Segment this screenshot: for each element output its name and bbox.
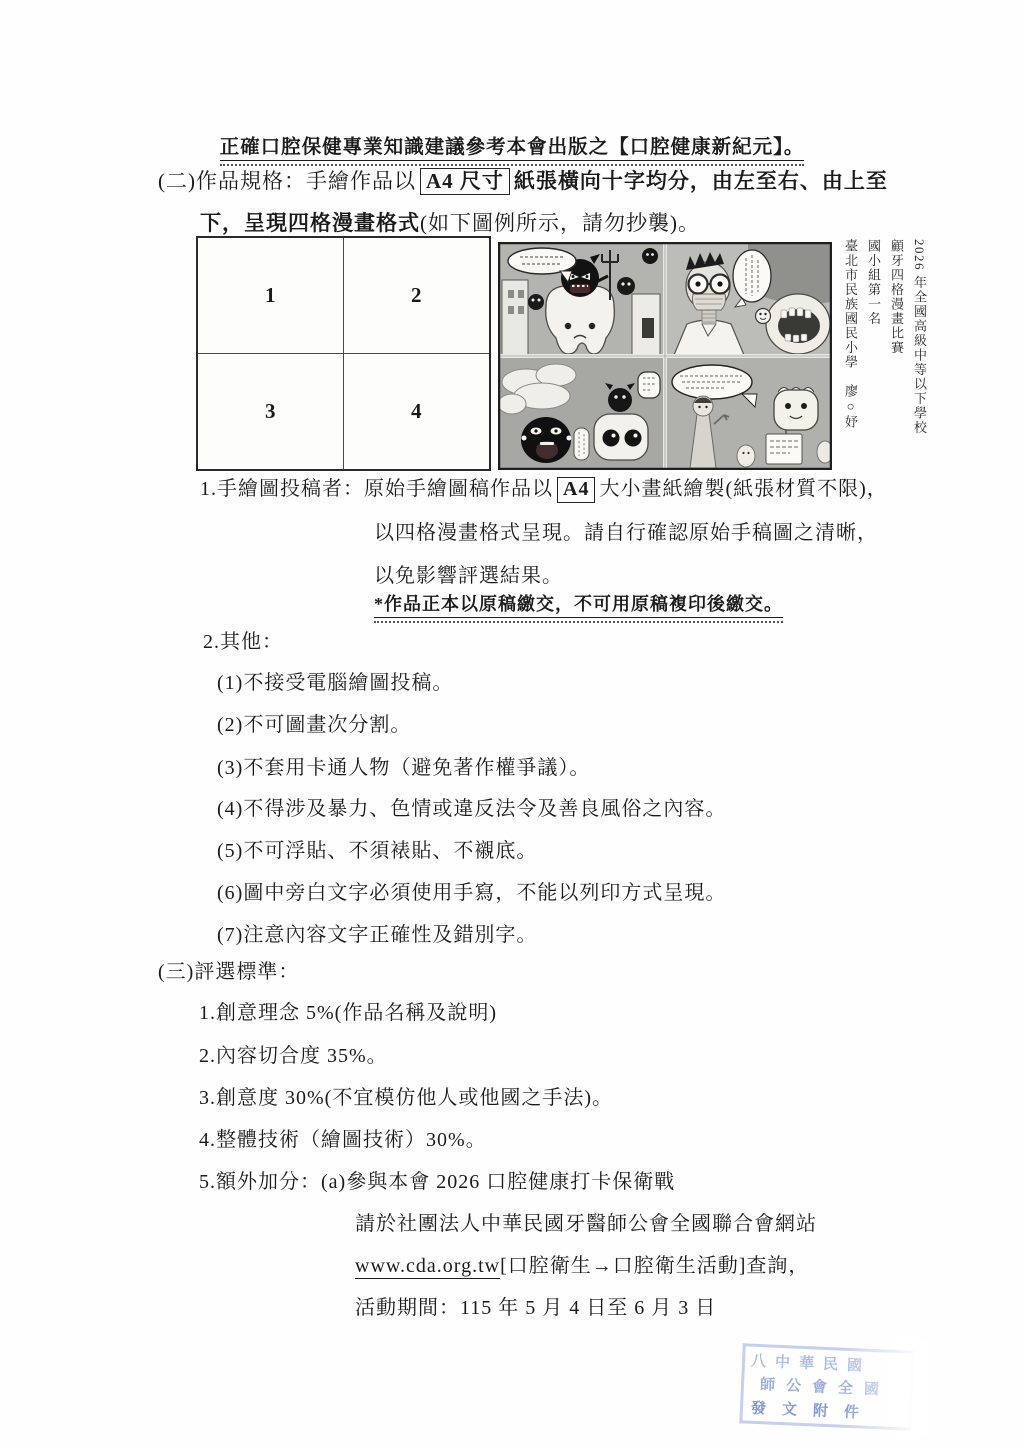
scanned-document-page: 正確口腔保健專業知識建議參考本會出版之【口腔健康新紀元】。 (二)作品規格：手繪… bbox=[0, 0, 1024, 1448]
hand-drawn-line-1: 1.手繪圖投稿者：原始手繪圖稿作品以A4大小畫紙繪製(紙張材質不限)， bbox=[200, 477, 888, 503]
spec-line-1: (二)作品規格：手繪作品以A4 尺寸紙張橫向十字均分，由左至右、由上至 bbox=[158, 168, 888, 195]
grid-cell-3: 3 bbox=[198, 354, 344, 470]
others-heading: 2.其他： bbox=[203, 630, 283, 655]
rule-item-7: (7)注意內容文字正確性及錯別字。 bbox=[217, 923, 537, 948]
rule-item-3: (3)不套用卡通人物（避免著作權爭議）。 bbox=[217, 756, 590, 781]
bonus-period-line: 活動期間：115 年 5 月 4 日至 6 月 3 日 bbox=[355, 1296, 716, 1321]
url-text: www.cda.org.tw bbox=[355, 1255, 500, 1279]
a4-size-box: A4 尺寸 bbox=[420, 168, 510, 195]
comic-caption: 2026 年全國高級中等以下學校 顧牙四格漫畫比賽 國小組第一名 臺北市民族國民… bbox=[836, 239, 930, 473]
note-title-text: 正確口腔保健專業知識建議參考本會出版之【口腔健康新紀元】。 bbox=[220, 131, 805, 161]
spec-prefix: (二)作品規格：手繪作品以 bbox=[158, 169, 416, 193]
bonus-url-line: www.cda.org.tw[口腔衛生→口腔衛生活動]查詢， bbox=[355, 1254, 809, 1279]
received-stamp: 八中華民國 師公會全國 發文附件 bbox=[739, 1343, 914, 1430]
criteria-heading: (三)評選標準： bbox=[158, 960, 299, 985]
criteria-item-1: 1.創意理念 5%(作品名稱及說明) bbox=[199, 1001, 497, 1026]
spec-bold-tail: 紙張橫向十字均分，由左至右、由上至 bbox=[514, 169, 888, 193]
caption-col-contest-name: 顧牙四格漫畫比賽 bbox=[885, 239, 907, 473]
rule-item-1: (1)不接受電腦繪圖投稿。 bbox=[217, 671, 453, 696]
grid-cell-4: 4 bbox=[344, 354, 490, 470]
rule-item-2: (2)不可圖畫次分割。 bbox=[217, 713, 411, 738]
url-path-text: [口腔衛生→口腔衛生活動]查詢， bbox=[500, 1255, 809, 1277]
hand-drawn-prefix: 1.手繪圖投稿者：原始手繪圖稿作品以 bbox=[200, 478, 553, 500]
grid-cell-1: 1 bbox=[198, 238, 344, 354]
spec-line2-bold: 下，呈現四格漫畫格式 bbox=[200, 211, 420, 235]
criteria-item-4: 4.整體技術（繪圖技術）30%。 bbox=[199, 1128, 487, 1153]
caption-col-school-author: 臺北市民族國民小學 廖○妤 bbox=[839, 239, 861, 473]
original-copy-note: *作品正本以原稿繳交，不可用原稿複印後繳交。 bbox=[374, 593, 783, 623]
caption-col-contest-year: 2026 年全國高級中等以下學校 bbox=[908, 239, 930, 473]
spec-line2-tail: (如下圖例所示，請勿抄襲)。 bbox=[420, 211, 700, 235]
criteria-item-3: 3.創意度 30%(不宜模仿他人或他國之手法)。 bbox=[199, 1086, 613, 1111]
criteria-item-2: 2.內容切合度 35%。 bbox=[199, 1044, 388, 1069]
criteria-item-5: 5.額外加分：(a)參與本會 2026 口腔健康打卡保衛戰 bbox=[199, 1170, 675, 1195]
stamp-row-3: 發文附件 bbox=[749, 1396, 904, 1424]
hand-drawn-line-3: 以免影響評選結果。 bbox=[374, 564, 563, 589]
spec-line-2: 下，呈現四格漫畫格式(如下圖例所示，請勿抄襲)。 bbox=[200, 210, 700, 236]
hand-drawn-tail: 大小畫紙繪製(紙張材質不限)， bbox=[599, 478, 887, 500]
original-copy-note-text: *作品正本以原稿繳交，不可用原稿複印後繳交。 bbox=[374, 593, 783, 618]
bonus-website-line: 請於社團法人中華民國牙醫師公會全國聯合會網站 bbox=[355, 1212, 817, 1237]
a4-box: A4 bbox=[557, 477, 595, 503]
rule-item-4: (4)不得涉及暴力、色情或違反法令及善良風俗之內容。 bbox=[217, 797, 726, 822]
rule-item-6: (6)圖中旁白文字必須使用手寫，不能以列印方式呈現。 bbox=[217, 881, 726, 906]
hand-drawn-line-2: 以四格漫畫格式呈現。請自行確認原始手稿圖之清晰， bbox=[374, 521, 878, 546]
grid-cell-2: 2 bbox=[344, 238, 490, 354]
comic-example-image bbox=[498, 242, 832, 470]
four-panel-grid: 1 2 3 4 bbox=[196, 236, 491, 471]
rule-item-5: (5)不可浮貼、不須裱貼、不襯底。 bbox=[217, 839, 537, 864]
note-title: 正確口腔保健專業知識建議參考本會出版之【口腔健康新紀元】。 bbox=[0, 131, 1024, 166]
caption-col-award: 國小組第一名 bbox=[862, 239, 884, 473]
